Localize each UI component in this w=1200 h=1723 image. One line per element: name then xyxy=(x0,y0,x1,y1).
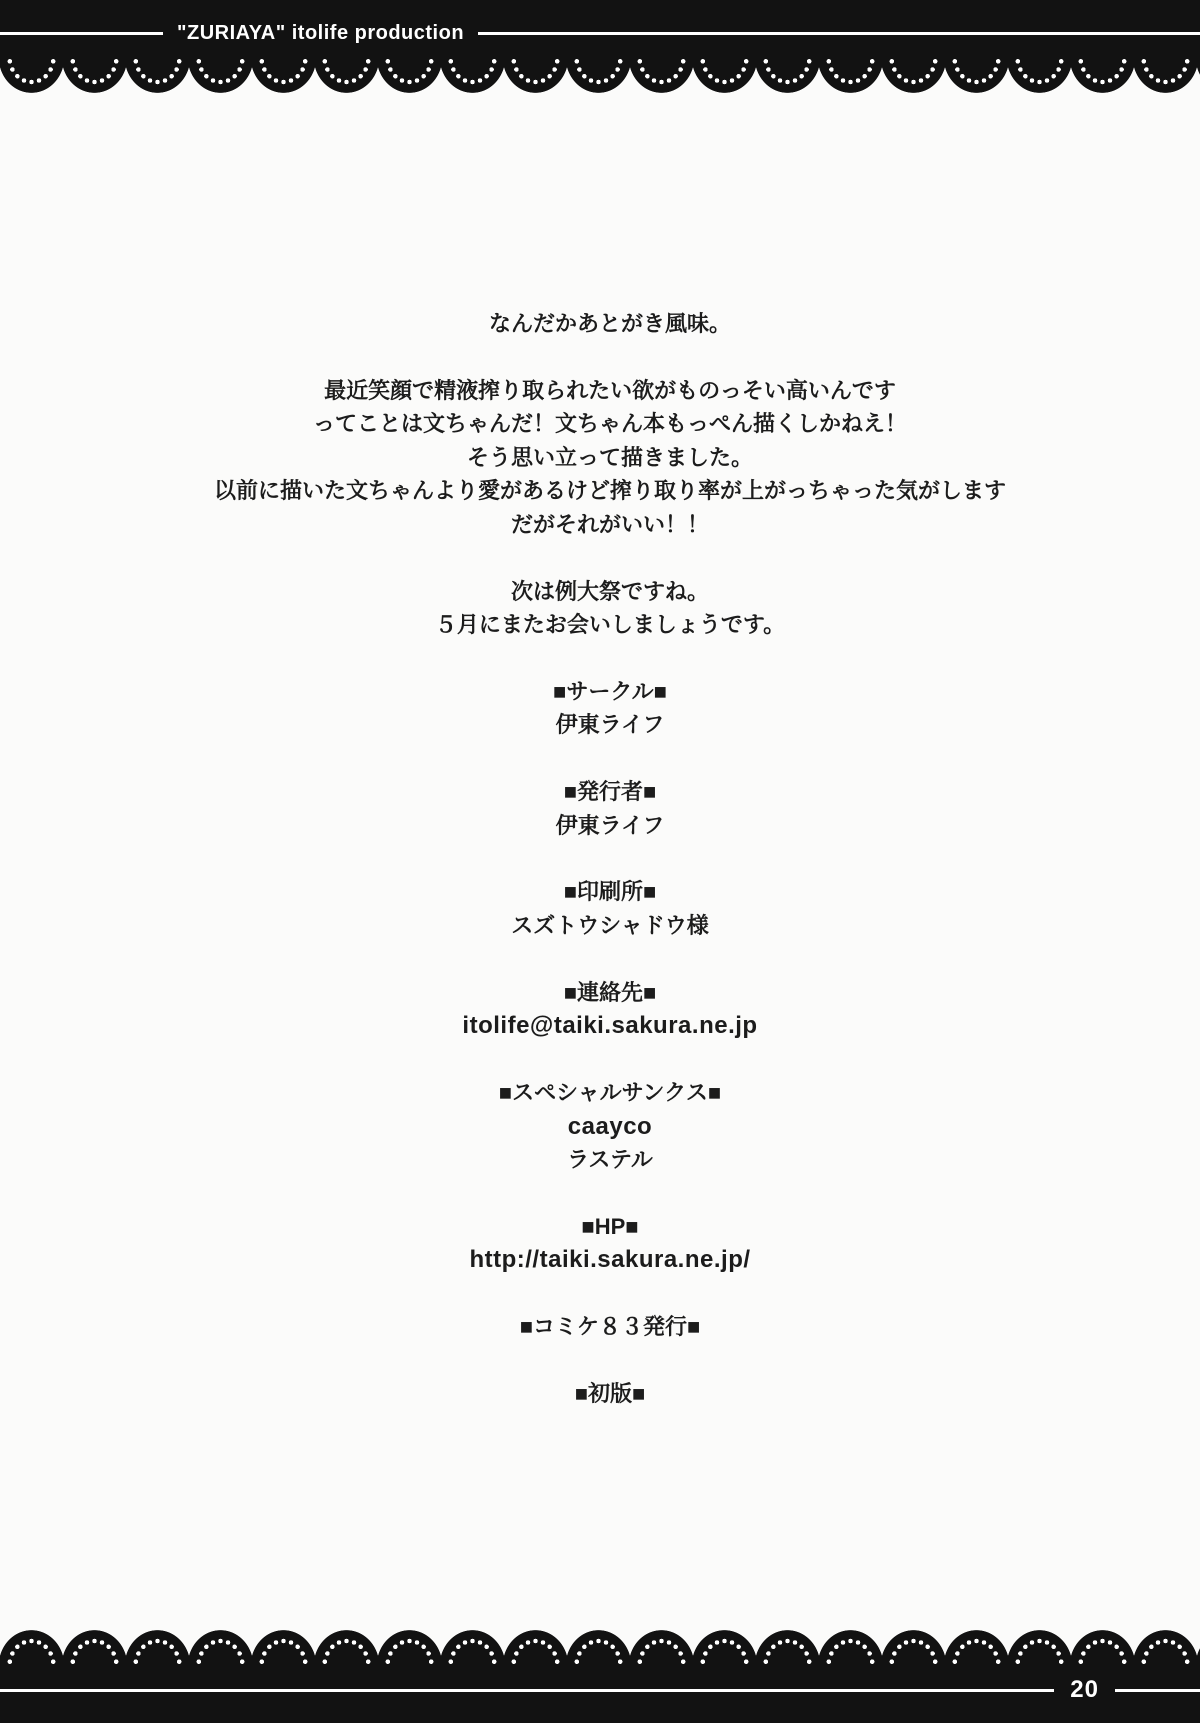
afterword-closing-line: 次は例大祭ですね。 xyxy=(10,575,1200,608)
spacer xyxy=(10,942,1200,975)
credit-heading-publisher: ■発行者■ xyxy=(10,775,1200,808)
spacer xyxy=(10,1043,1200,1076)
spacer xyxy=(10,842,1200,875)
credit-heading-hp: ■HP■ xyxy=(10,1210,1200,1243)
credit-heading-printer: ■印刷所■ xyxy=(10,875,1200,908)
credit-value-contact-email: itolife@taiki.sakura.ne.jp xyxy=(10,1009,1200,1042)
spacer xyxy=(10,742,1200,775)
credit-value-publisher: 伊東ライフ xyxy=(10,809,1200,842)
credit-value-printer: スズトウシャドウ様 xyxy=(10,909,1200,942)
afterword-intro: なんだかあとがき風味。 xyxy=(10,307,1200,340)
footer-rule-left xyxy=(0,1689,1054,1692)
credit-heading-circle: ■サークル■ xyxy=(10,675,1200,708)
afterword-line: 最近笑顔で精液搾り取られたい欲がものっそい高いんです xyxy=(10,374,1200,407)
afterword-closing-line: ５月にまたお会いしましょうです。 xyxy=(10,608,1200,641)
afterword-line: ってことは文ちゃんだ！文ちゃん本もっぺん描くしかねえ！ xyxy=(10,407,1200,440)
afterword-line: そう思い立って描きました。 xyxy=(10,441,1200,474)
afterword-content: なんだかあとがき風味。 最近笑顔で精液搾り取られたい欲がものっそい高いんです っ… xyxy=(10,0,1200,1410)
credit-value-special-thanks: ラステル xyxy=(10,1143,1200,1176)
spacer xyxy=(10,1176,1200,1209)
credit-heading-special-thanks: ■スペシャルサンクス■ xyxy=(10,1076,1200,1109)
credit-heading-edition: ■初版■ xyxy=(10,1377,1200,1410)
credit-value-hp-url: http://taiki.sakura.ne.jp/ xyxy=(10,1243,1200,1276)
lace-border-bottom xyxy=(0,1630,1200,1666)
credit-value-special-thanks: caayco xyxy=(10,1110,1200,1143)
spacer xyxy=(10,641,1200,674)
credit-heading-event: ■コミケ８３発行■ xyxy=(10,1310,1200,1343)
afterword-line: 以前に描いた文ちゃんより愛があるけど搾り取り率が上がっちゃった気がします xyxy=(10,474,1200,507)
page-number: 20 xyxy=(1070,1676,1099,1704)
footer-band: 20 xyxy=(0,1666,1200,1723)
footer-rule-right xyxy=(1115,1689,1200,1692)
spacer xyxy=(10,1277,1200,1310)
credit-heading-contact: ■連絡先■ xyxy=(10,976,1200,1009)
spacer xyxy=(10,1344,1200,1377)
credit-value-circle: 伊東ライフ xyxy=(10,708,1200,741)
spacer xyxy=(10,541,1200,574)
spacer xyxy=(10,340,1200,373)
scanned-page: "ZURIAYA" itolife production なんだかあとがき風味。… xyxy=(0,0,1200,1723)
afterword-line: だがそれがいい！！ xyxy=(10,508,1200,541)
